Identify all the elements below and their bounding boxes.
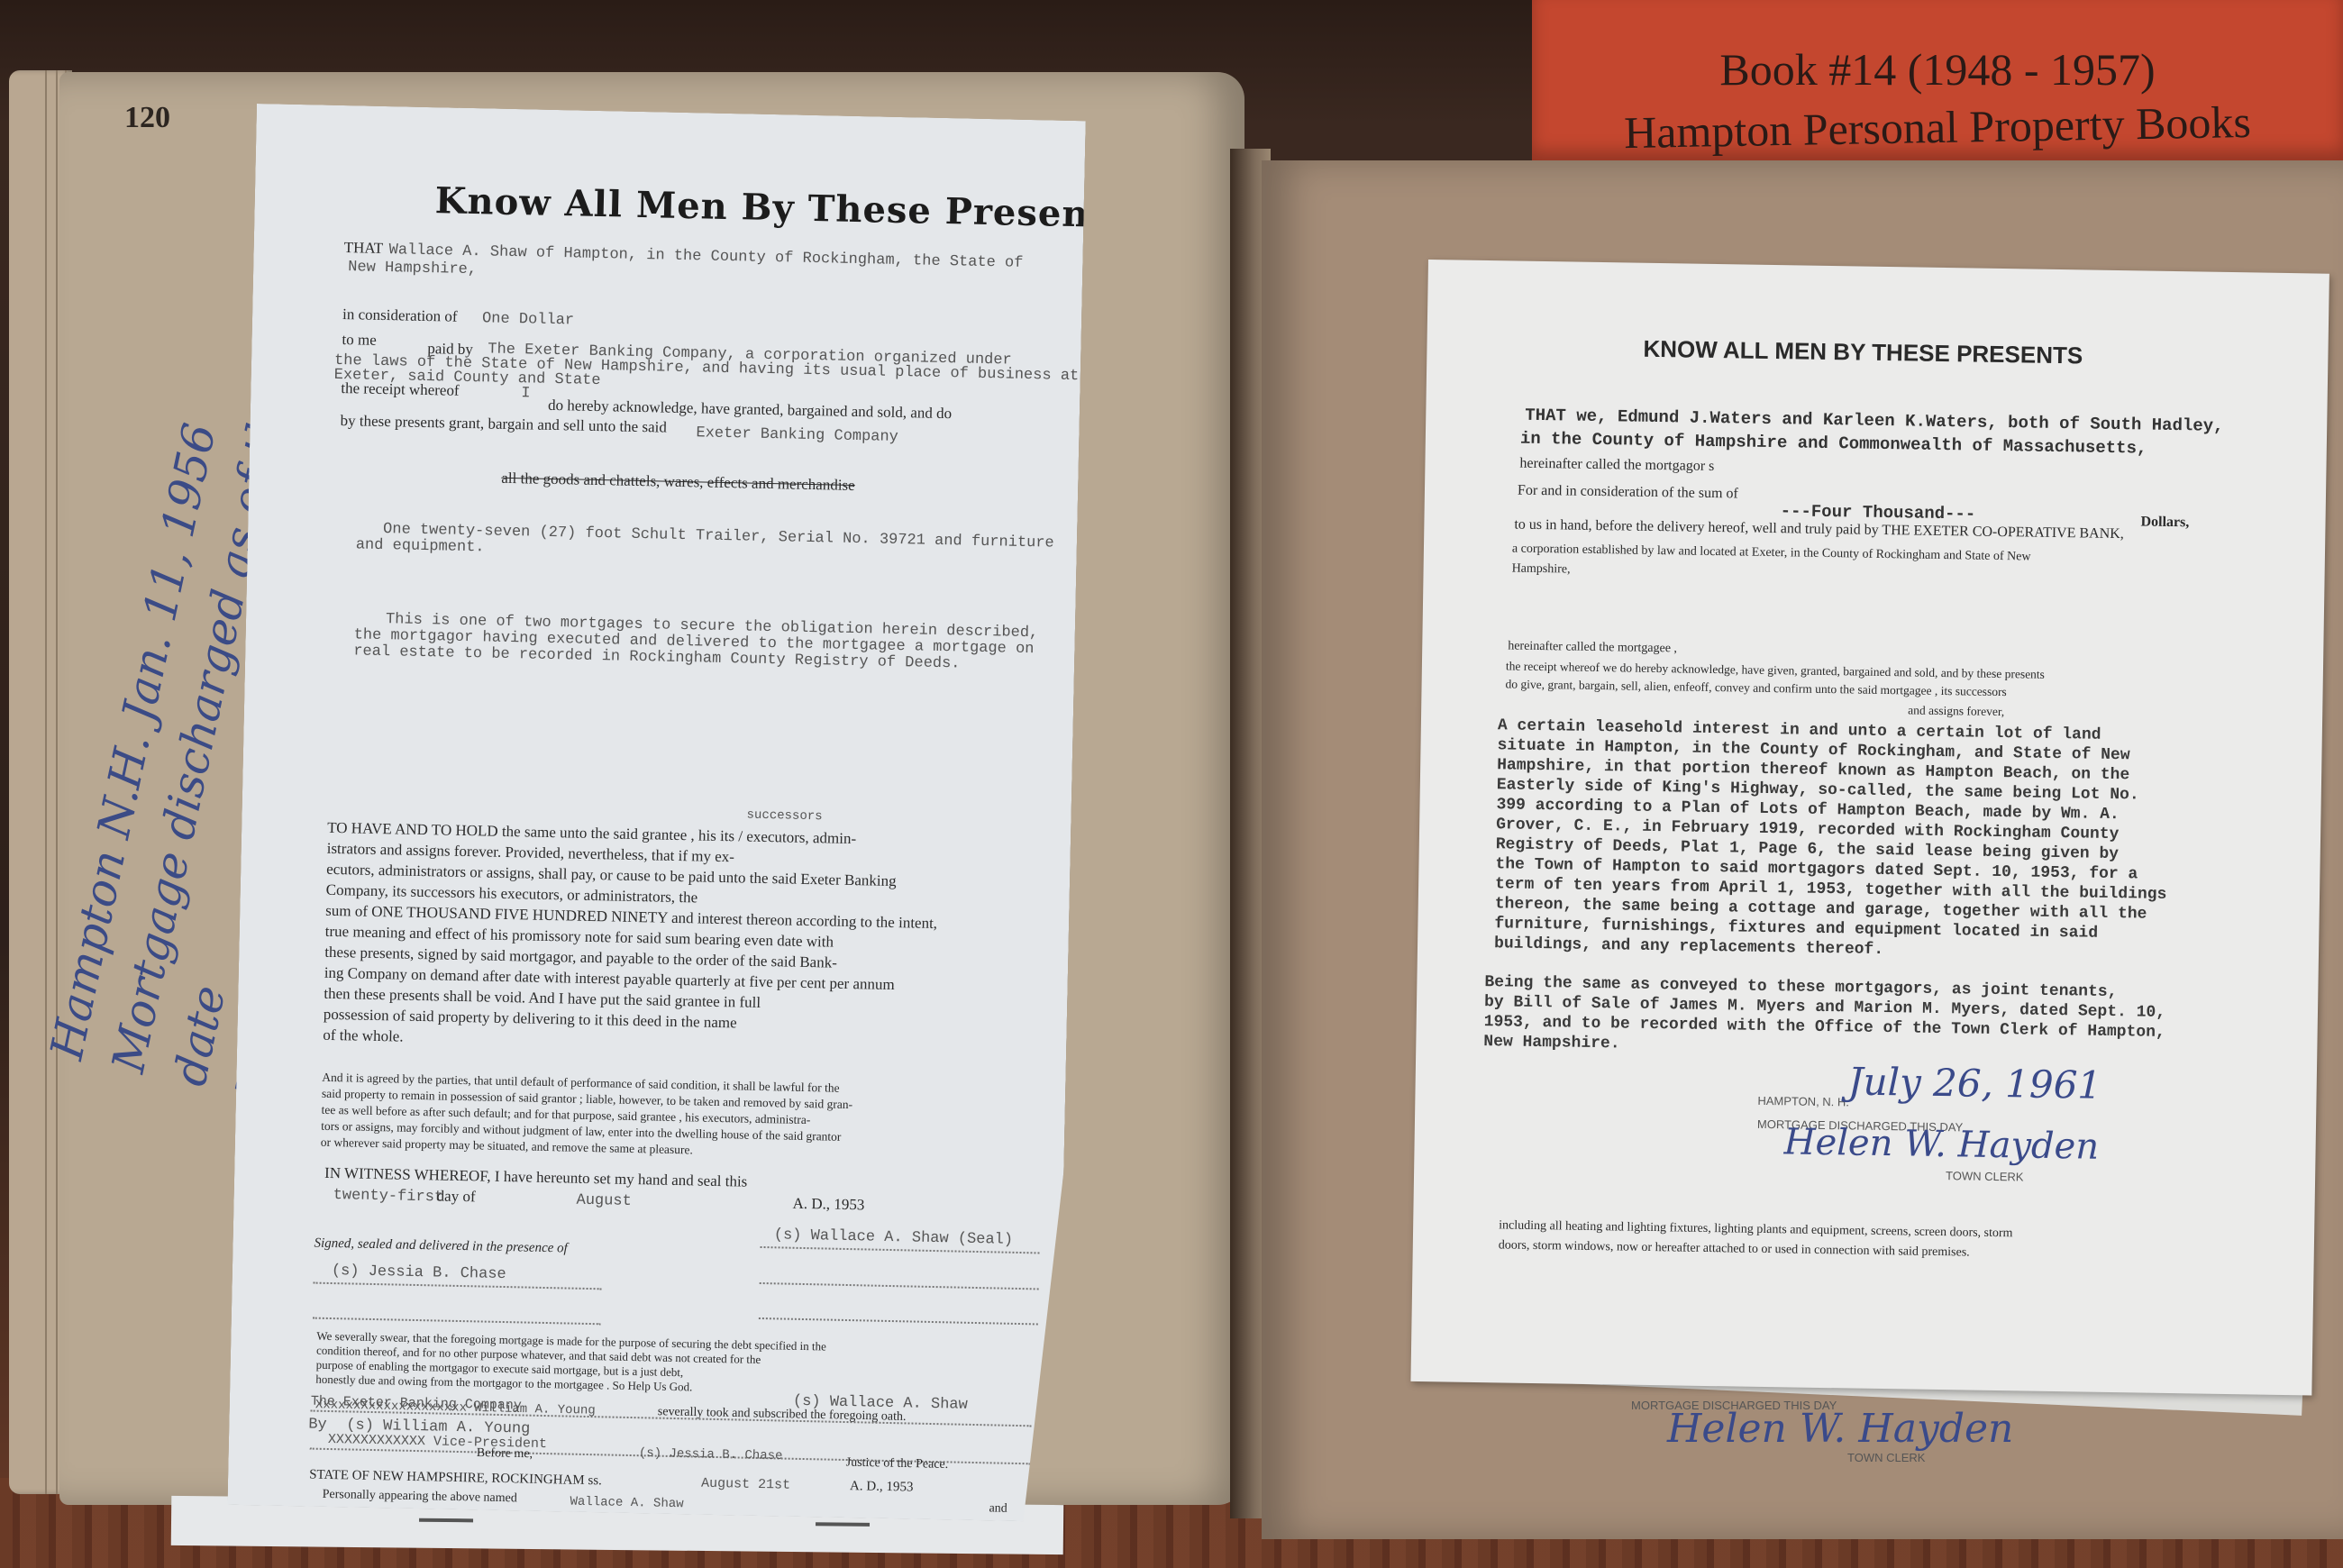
to-me: to me [342,331,377,350]
mortgagor-label: hereinafter called the mortgagor s [1519,456,1714,475]
state-line: STATE OF NEW HAMPSHIRE, ROCKINGHAM ss. [309,1468,602,1490]
stamp-title: TOWN CLERK [1847,1451,1925,1464]
grantor-line: Wallace A. Shaw of Hampton, in the Count… [388,242,1023,272]
appearing-name: Wallace A. Shaw [570,1495,683,1512]
that-label: THAT [343,239,383,258]
including-clause: including all heating and lighting fixtu… [1499,1216,2013,1263]
corp-line: a corporation established by law and loc… [1512,542,2031,565]
real-estate-mortgage-document: KNOW ALL MEN BY THESE PRESENTS THAT we, … [1410,260,2329,1396]
agreement-clause: And it is agreed by the parties, that un… [321,1070,853,1162]
habendum-clause: TO HAVE AND TO HOLD the same unto the sa… [323,817,939,1058]
stamp-signature: Helen W. Hayden [1783,1121,2099,1167]
day-of: day of [436,1187,475,1206]
witness-day: twenty-first [333,1187,443,1207]
receipt-line: the receipt whereof [341,379,460,400]
receipt-pronoun: I [521,385,531,402]
staple [816,1522,870,1527]
being-same-clause: Being the same as conveyed to these mort… [1483,972,2165,1062]
witness-month: August [576,1192,632,1210]
staple [419,1518,473,1523]
successors-overtype: successors [746,808,822,825]
justice-signature: (s) Jessia B. Chase [639,1446,783,1463]
doc-title: KNOW ALL MEN BY THESE PRESENTS [1643,335,2083,370]
stamp-signature: Helen W. Hayden [1667,1406,2013,1452]
stamp-place: HAMPTON, N. H. [1757,1094,1849,1109]
assigns-line: and assigns forever, [1908,703,2004,719]
book-label-subtitle: Hampton Personal Property Books [1532,94,2343,160]
witness-line: IN WITNESS WHEREOF, I have hereunto set … [324,1164,748,1191]
witness-signature: (s) Jessia B. Chase [332,1263,506,1283]
appearing-label: Personally appearing the above named [323,1488,517,1507]
state-date: August 21st [701,1476,790,1493]
grant-to: Exeter Banking Company [696,424,898,446]
state-year: A. D., 1953 [850,1479,914,1495]
doc-title: Know All Men By These Presents [434,179,1128,236]
before-me: Before me, [477,1446,533,1462]
by-label: By [308,1417,327,1434]
witness-year: A. D., 1953 [792,1195,864,1215]
page-number: 120 [124,101,170,135]
consideration-label: For and in consideration of the sum of [1518,483,1738,503]
corp-line-cont: Hampshire, [1511,561,1570,577]
give-line: do give, grant, bargain, sell, alien, en… [1505,677,2006,699]
grantor-signature: (s) Wallace A. Shaw (Seal) [774,1226,1014,1249]
stamp-date: July 26, 1961 [1847,1059,2101,1107]
property-description: A certain leasehold interest in and unto… [1494,716,2169,964]
mortgagee-label: hereinafter called the mortgagee , [1508,639,1677,656]
oath-clause: We severally swear, that the foregoing m… [315,1329,826,1398]
justice-title: Justice of the Peace. [846,1456,949,1472]
goods-line: all the goods and chattels, wares, effec… [501,469,855,495]
stamp-title: TOWN CLERK [1946,1169,2024,1183]
and-label: and [989,1501,1007,1516]
chattel-mortgage-document: Know All Men By These Presents THAT Wall… [227,104,1085,1522]
grantor-line-cont: New Hampshire, [348,259,477,278]
presence-label: Signed, sealed and delivered in the pres… [314,1236,568,1257]
dollars-label: Dollars, [2140,514,2189,531]
book-label-title: Book #14 (1948 - 1957) [1532,43,2343,96]
consideration-amount: One Dollar [482,310,574,329]
book-label: Book #14 (1948 - 1957) Hampton Personal … [1532,0,2343,160]
consideration-label: in consideration of [342,305,458,326]
item-line: and equipment. [356,536,485,556]
